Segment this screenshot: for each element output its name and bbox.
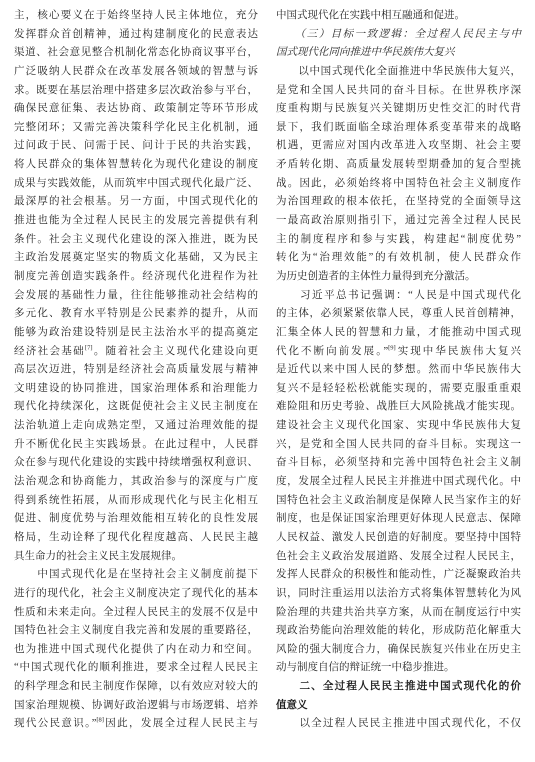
body-text-line: 难险阻和历史考验、战胜巨大风险挑战才能实现。 [276, 398, 521, 417]
body-text-line: 为治国理政的根本依托，在坚持党的全面领导这 [276, 193, 521, 212]
body-text-line: 是党和全国人民共同的奋斗目标。在世界秩序深 [276, 82, 521, 101]
left-text-column: 主，核心要义在于始终坚持人民主体地位，充分发挥群众首创精神，通过构建制度化的民意… [14, 7, 258, 734]
body-text-line: 确保民意征集、表达协商、政策制定等环节形成 [14, 100, 258, 119]
section-heading-line: 二、全过程人民民主推进中国式现代化的价 [276, 678, 521, 697]
body-text-line: 以中国式现代化全面推进中华民族伟大复兴， [276, 63, 521, 82]
body-text-line: 识，同时注重运用以法治方式将集体智慧转化为风 [276, 585, 521, 604]
right-text-column: 中国式现代化在实践中相互融通和促进。 （三）目标一致逻辑：全过程人民民主与中国式… [276, 7, 521, 734]
body-text-line: 具生命力的社会主义民主发展规律。 [14, 548, 258, 567]
body-text-line: 能够为政治建设特别是民主法治水平的提高奠定 [14, 324, 258, 343]
body-text-line: 也为推进中国式现代化提供了内在动力和空间。 [14, 641, 258, 660]
body-text-line: 发挥群众首创精神，通过构建制度化的民意表达 [14, 26, 258, 45]
body-text-line: 会发展的基础性力量，往往能够推动社会结构的 [14, 287, 258, 306]
body-text-line: 过问政于民、问需于民、问计于民的共治实践， [14, 137, 258, 156]
body-text-line: 度重构期与民族复兴关键期历史性交汇的时代背 [276, 100, 521, 119]
body-text-line: 制度完善创造实践条件。经济现代化进程作为社 [14, 268, 258, 287]
body-text-line: 奋斗目标，必须坚持和完善中国特色社会主义制 [276, 454, 521, 473]
body-text-line: 众在参与现代化建设的实践中持续增强权利意识、 [14, 454, 258, 473]
section-heading-line: 值意义 [276, 697, 521, 716]
body-text-line: 性质和未来走向。全过程人民民主的发展不仅是中 [14, 604, 258, 623]
body-text-line: 将人民群众的集体智慧转化为现代化建设的制度 [14, 156, 258, 175]
body-text-line: 促进、制度优势与治理效能相互转化的良性发展 [14, 510, 258, 529]
body-text-line: 国特色社会主义政治制度是保障人民当家作主的好 [276, 492, 521, 511]
body-text-line: 代化不断向前发展。”[9]实现中华民族伟大复兴 [276, 343, 521, 362]
body-text-line: 人民权益、激发人民创造的好制度。要坚持中国特 [276, 529, 521, 548]
body-text-line: 汇集全体人民的智慧和力量，才能推动中国式现 [276, 324, 521, 343]
body-text-line: 主政治发展奠定坚实的物质文化基础，又为民主 [14, 249, 258, 268]
body-text-line: 度，发展全过程人民民主并推进中国式现代化。中 [276, 473, 521, 492]
body-text-line: 是近代以来中国人民的梦想。然而中华民族伟大 [276, 361, 521, 380]
body-text-line: 多元化、教育水平特别是公民素养的提升，从而 [14, 305, 258, 324]
body-text-line: 经济社会基础[7]。随着社会主义现代化建设向更 [14, 343, 258, 362]
body-text-line: 景下，我们既面临全球治理体系变革带来的战略 [276, 119, 521, 138]
body-text-line: 的主体，必须紧紧依靠人民，尊重人民首创精神， [276, 305, 521, 324]
body-text-line: 的科学理念和民主制度作保障，以有效应对较大的 [14, 678, 258, 697]
body-text-line: 矛盾转化期、高质量发展转型期叠加的复合型挑 [276, 156, 521, 175]
body-text-line: 格局，生动诠释了现代化程度越高、人民民主越 [14, 529, 258, 548]
body-text-line: 中国式现代化是在坚持社会主义制度前提下 [14, 566, 258, 585]
body-text-line: 得到系统性拓展，从而形成现代化与民主化相互 [14, 492, 258, 511]
body-text-line: 法治观念和协商能力，其政治参与的深度与广度 [14, 473, 258, 492]
paper-page: 主，核心要义在于始终坚持人民主体地位，充分发挥群众首创精神，通过构建制度化的民意… [0, 0, 535, 762]
body-text-line: “中国式现代化的顺利推进，要求全过程人民民主 [14, 659, 258, 678]
body-text-line: 文明建设的协同推进，国家治理体系和治理能力 [14, 380, 258, 399]
body-text-line: 动与制度自信的辩证统一中稳步推进。 [276, 659, 521, 678]
subsection-heading-line: 国式现代化同向推进中华民族伟大复兴 [276, 44, 521, 63]
body-text-line: 广泛吸纳人民群众在改革发展各领域的智慧与诉 [14, 63, 258, 82]
body-text-line: 主，核心要义在于始终坚持人民主体地位，充分 [14, 7, 258, 26]
body-text-line: 复兴不是轻轻松松就能实现的，需要克服重重艰 [276, 380, 521, 399]
body-text-line: 发挥人民群众的积极性和能动性，广泛凝聚政治共 [276, 566, 521, 585]
body-text-line: 升不断优化民主实践场景。在此过程中，人民群 [14, 436, 258, 455]
body-text-line: 高层次迈进，特别是经济社会高质量发展与精神 [14, 361, 258, 380]
body-text-line: 条件。社会主义现代化建设的深入推进，既为民 [14, 231, 258, 250]
body-text-line: 险治理的共建共治共享方案，从而在制度运行中实 [276, 604, 521, 623]
body-text-line: 完整闭环；又需完善决策科学化民主化机制，通 [14, 119, 258, 138]
body-text-line: 为历史创造者的主体性力量得到充分激活。 [276, 268, 521, 287]
body-text-line: 法治轨道上走向成熟定型，又通过治理效能的提 [14, 417, 258, 436]
body-text-line: 一最高政治原则指引下，通过完善全过程人民民 [276, 212, 521, 231]
body-text-line: 成果与实践效能，从而筑牢中国式现代化最广泛、 [14, 175, 258, 194]
body-text-line: 国家治理规模、协调好政治逻辑与市场逻辑、培养 [14, 697, 258, 716]
body-text-line: 兴，是党和全国人民共同的奋斗目标。实现这一 [276, 436, 521, 455]
body-text-line: 建设社会主义现代化国家、实现中华民族伟大复 [276, 417, 521, 436]
body-text-line: 渠道、社会意见整合机制化常态化协商议事平台， [14, 44, 258, 63]
body-text-line: 机遇，更需应对国内改革进入攻坚期、社会主要 [276, 137, 521, 156]
body-text-line: 转化为“治理效能”的有效机制，使人民群众作 [276, 249, 521, 268]
body-text-line: 主的制度程序和参与实践，构建起“制度优势” [276, 231, 521, 250]
body-text-line: 进行的现代化，社会主义制度决定了现代化的基本 [14, 585, 258, 604]
body-text-line: 推进也能为全过程人民民主的发展完善提供有利 [14, 212, 258, 231]
body-text-line: 制度，也是保证国家治理更好体现人民意志、保障 [276, 510, 521, 529]
body-text-line: 最深厚的社会根基。另一方面，中国式现代化的 [14, 193, 258, 212]
body-text-line: 国特色社会主义制度自我完善和发展的重要路径， [14, 622, 258, 641]
reference-marker: [9] [388, 344, 396, 351]
body-text-line: 色社会主义政治发展道路、发展全过程人民民主， [276, 548, 521, 567]
subsection-heading-line: （三）目标一致逻辑：全过程人民民主与中 [276, 26, 521, 45]
body-text-line: 现政治势能向治理效能的转化，形成防范化解重大 [276, 622, 521, 641]
body-text-line: 以全过程人民民主推进中国式现代化，不仅 [276, 715, 521, 734]
body-text-line: 现代化持续深化，这既促使社会主义民主制度在 [14, 398, 258, 417]
reference-marker: [7] [85, 344, 93, 351]
body-text-line: 中国式现代化在实践中相互融通和促进。 [276, 7, 521, 26]
body-text-line: 求。既要在基层治理中搭建多层次政治参与平台， [14, 82, 258, 101]
body-text-line: 现代公民意识。”[8]因此，发展全过程人民民主与 [14, 715, 258, 734]
body-text-line: 习近平总书记强调：“人民是中国式现代化 [276, 287, 521, 306]
body-text-line: 战。因此，必须始终将中国特色社会主义制度作 [276, 175, 521, 194]
reference-marker: [8] [96, 717, 104, 724]
body-text-line: 风险的强大制度合力，确保民族复兴伟业在历史主 [276, 641, 521, 660]
